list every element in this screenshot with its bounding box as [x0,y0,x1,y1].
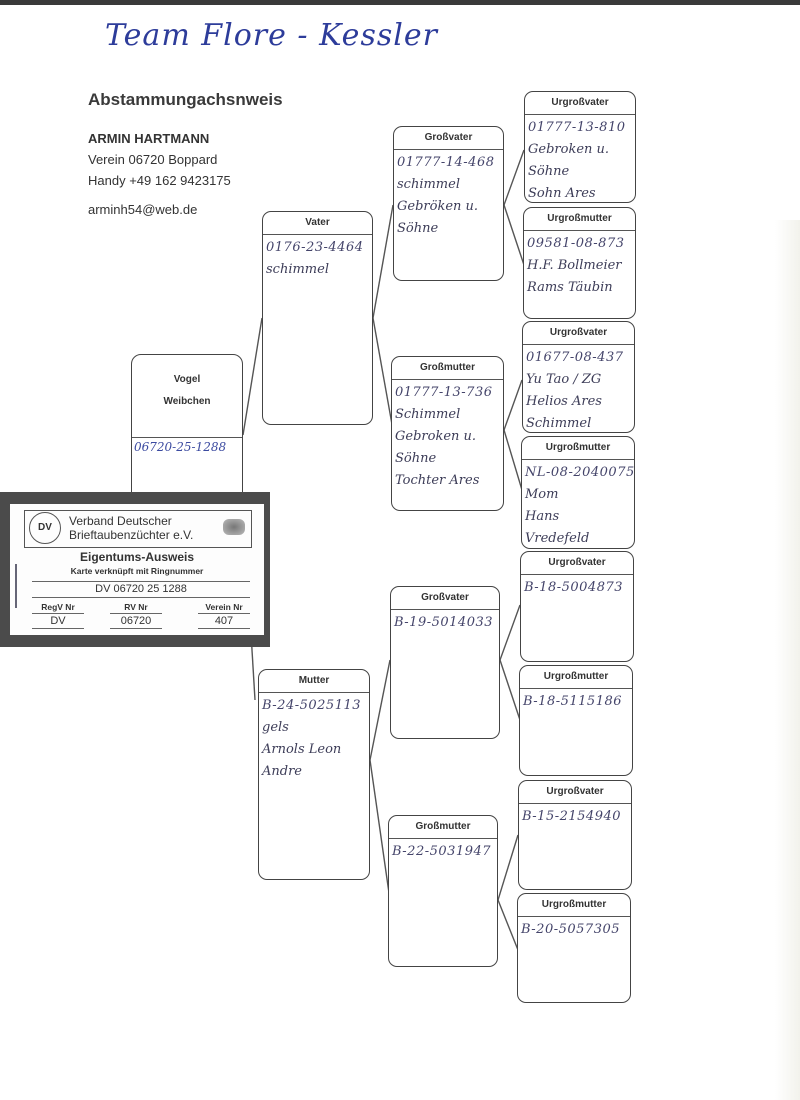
association-header: DV Verband Deutscher Brieftaubenzüchter … [24,510,252,548]
ring-number: B-18-5115186 [523,691,629,713]
pedigree-box-maternal-grandfather: GroßvaterB-19-5014033 [390,586,500,739]
col-value: 407 [198,614,250,629]
pedigree-box-notes: B-15-2154940 [519,804,631,830]
note-line: Mom [525,484,631,506]
subject-bird-box: Vogel Weibchen 06720-25-1288 [131,354,243,514]
pedigree-box-ggf-4: UrgroßvaterB-15-2154940 [518,780,632,890]
ring-number: B-24-5025113 [262,695,366,717]
pedigree-box-notes: B-19-5014033 [391,610,499,636]
ownership-card-inner: DV Verband Deutscher Brieftaubenzüchter … [10,504,264,635]
pedigree-box-label: Urgroßvater [519,781,631,804]
col-label: RV Nr [110,601,162,614]
note-line: schimmel [397,174,500,196]
note-line: schimmel [266,259,369,281]
note-line: Andre [262,761,366,783]
pedigree-box-ggm-4: UrgroßmutterB-20-5057305 [517,893,631,1003]
ring-number: B-15-2154940 [522,806,628,828]
pedigree-box-notes: 01777-13-736SchimmelGebroken u.SöhneToch… [392,380,503,494]
card-col-regv: RegV Nr DV [32,601,84,629]
pedigree-box-ggf-2: Urgroßvater01677-08-437Yu Tao / ZGHelios… [522,321,635,433]
card-subtitle: Karte verknüpft mit Ringnummer [10,566,264,576]
pedigree-box-label: Urgroßmutter [524,208,635,231]
card-col-rv: RV Nr 06720 [110,601,162,629]
subject-title-line2: Weibchen [132,391,242,413]
pedigree-box-label: Großmutter [389,816,497,839]
pedigree-box-paternal-grandmother: Großmutter01777-13-736SchimmelGebroken u… [391,356,504,511]
note-line: Tochter Ares [395,470,500,492]
pedigree-box-notes: B-22-5031947 [389,839,497,865]
note-line: Vredefeld [525,528,631,550]
pedigree-box-notes: 01777-13-810Gebroken u.SöhneSohn Ares [525,115,635,207]
subject-title-line1: Vogel [132,369,242,391]
ring-number: B-18-5004873 [524,577,630,599]
pedigree-box-notes: 09581-08-873H.F. BollmeierRams Täubin [524,231,635,301]
pedigree-box-label: Großvater [394,127,503,150]
ring-number: 01677-08-437 [526,347,631,369]
pedigree-box-label: Urgroßmutter [520,666,632,689]
note-line: Yu Tao / ZG [526,369,631,391]
ring-number: B-19-5014033 [394,612,496,634]
subject-ring-number: 06720-25-1288 [132,437,242,456]
subject-title: Vogel Weibchen [132,369,242,413]
association-line2: Brieftaubenzüchter e.V. [69,528,193,542]
pedigree-box-ggf-1: Urgroßvater01777-13-810Gebroken u.SöhneS… [524,91,636,203]
pedigree-box-notes: 0176-23-4464schimmel [263,235,372,283]
ring-number: NL-08-2040075 [525,462,631,484]
note-line: Söhne [395,448,500,470]
pedigree-box-notes: B-18-5004873 [521,575,633,601]
transport-truck-icon [223,519,245,535]
pedigree-box-maternal-grandmother: GroßmutterB-22-5031947 [388,815,498,967]
pedigree-box-ggm-1: Urgroßmutter09581-08-873H.F. BollmeierRa… [523,207,636,319]
ring-number: 01777-14-468 [397,152,500,174]
note-line: Hans [525,506,631,528]
note-line: Schimmel [395,404,500,426]
pedigree-box-ggm-2: UrgroßmutterNL-08-2040075MomHansVredefel… [521,436,635,549]
pedigree-box-ggf-3: UrgroßvaterB-18-5004873 [520,551,634,662]
note-line: Gebroken u. [395,426,500,448]
note-line: Gebröken u. [397,196,500,218]
ring-number: 01777-13-810 [528,117,632,139]
pedigree-box-label: Großvater [391,587,499,610]
note-line: Arnols Leon [262,739,366,761]
pedigree-box-label: Urgroßvater [523,322,634,345]
col-value: 06720 [110,614,162,629]
pedigree-box-notes: B-24-5025113gelsArnols LeonAndre [259,693,369,785]
pedigree-box-father: Vater0176-23-4464schimmel [262,211,373,425]
ring-number: B-22-5031947 [392,841,494,863]
col-value: DV [32,614,84,629]
association-logo-icon: DV [29,512,61,544]
association-name: Verband Deutscher Brieftaubenzüchter e.V… [69,514,193,542]
ring-number: 01777-13-736 [395,382,500,404]
note-line: gels [262,717,366,739]
card-ring-number: DV 06720 25 1288 [32,581,250,598]
col-label: RegV Nr [32,601,84,614]
note-line: Sohn Ares [528,183,632,205]
pedigree-box-notes: 01777-14-468schimmelGebröken u.Söhne [394,150,503,242]
ownership-card: DV Verband Deutscher Brieftaubenzüchter … [0,492,270,647]
pedigree-box-label: Urgroßmutter [522,437,634,460]
note-line: Söhne [528,161,632,183]
pedigree-box-notes: 01677-08-437Yu Tao / ZGHelios AresSchimm… [523,345,634,437]
ring-number: 09581-08-873 [527,233,632,255]
pedigree-box-label: Urgroßvater [525,92,635,115]
pedigree-box-paternal-grandfather: Großvater01777-14-468schimmelGebröken u.… [393,126,504,281]
pedigree-box-label: Urgroßvater [521,552,633,575]
pedigree-box-notes: NL-08-2040075MomHansVredefeld [522,460,634,552]
association-line1: Verband Deutscher [69,514,193,528]
pedigree-box-ggm-3: UrgroßmutterB-18-5115186 [519,665,633,776]
note-line: H.F. Bollmeier [527,255,632,277]
pedigree-box-notes: B-20-5057305 [518,917,630,943]
ring-number: B-20-5057305 [521,919,627,941]
pedigree-box-label: Vater [263,212,372,235]
pedigree-box-label: Großmutter [392,357,503,380]
card-title: Eigentums-Ausweis [10,550,264,564]
pedigree-box-label: Mutter [259,670,369,693]
ring-number: 0176-23-4464 [266,237,369,259]
note-line: Schimmel [526,413,631,435]
note-line: Helios Ares [526,391,631,413]
note-line: Rams Täubin [527,277,632,299]
note-line: Söhne [397,218,500,240]
card-col-verein: Verein Nr 407 [198,601,250,629]
pedigree-box-mother: MutterB-24-5025113gelsArnols LeonAndre [258,669,370,880]
note-line: Gebroken u. [528,139,632,161]
col-label: Verein Nr [198,601,250,614]
pedigree-box-label: Urgroßmutter [518,894,630,917]
pedigree-box-notes: B-18-5115186 [520,689,632,715]
